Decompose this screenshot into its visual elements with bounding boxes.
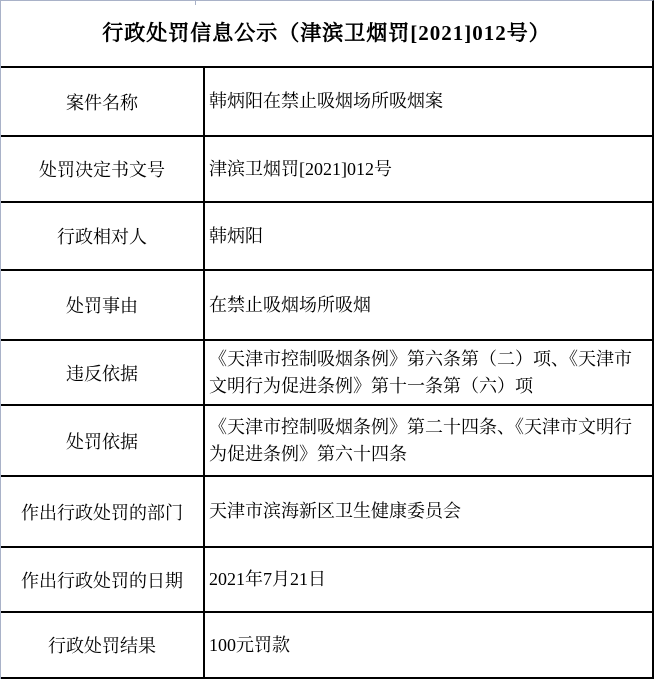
row-value: 《天津市控制吸烟条例》第六条第（二）项、《天津市文明行为促进条例》第十一条第（六… <box>205 341 652 404</box>
row-label: 行政相对人 <box>1 203 205 269</box>
table-row-penalty-reason: 处罚事由 在禁止吸烟场所吸烟 <box>1 271 652 341</box>
row-value: 《天津市控制吸烟条例》第二十四条、《天津市文明行为促进条例》第六十四条 <box>205 406 652 475</box>
row-label: 作出行政处罚的部门 <box>1 477 205 546</box>
gridline-tick <box>195 1 196 5</box>
penalty-notice-table: 行政处罚信息公示（津滨卫烟罚[2021]012号） 案件名称 韩炳阳在禁止吸烟场… <box>0 0 654 679</box>
table-row-case-name: 案件名称 韩炳阳在禁止吸烟场所吸烟案 <box>1 68 652 137</box>
table-row-penalty-result: 行政处罚结果 100元罚款 <box>1 613 652 679</box>
row-label: 处罚事由 <box>1 271 205 339</box>
row-label: 处罚决定书文号 <box>1 137 205 201</box>
row-value: 天津市滨海新区卫生健康委员会 <box>205 477 652 546</box>
row-value: 2021年7月21日 <box>205 548 652 611</box>
row-label: 作出行政处罚的日期 <box>1 548 205 611</box>
row-value: 津滨卫烟罚[2021]012号 <box>205 137 652 201</box>
row-label: 处罚依据 <box>1 406 205 475</box>
table-row-penalty-date: 作出行政处罚的日期 2021年7月21日 <box>1 548 652 613</box>
table-row-decision-number: 处罚决定书文号 津滨卫烟罚[2021]012号 <box>1 137 652 203</box>
table-title-row: 行政处罚信息公示（津滨卫烟罚[2021]012号） <box>1 1 652 68</box>
row-value: 100元罚款 <box>205 613 652 677</box>
row-label: 案件名称 <box>1 68 205 135</box>
table-row-penalty-basis: 处罚依据 《天津市控制吸烟条例》第二十四条、《天津市文明行为促进条例》第六十四条 <box>1 406 652 477</box>
row-label: 行政处罚结果 <box>1 613 205 677</box>
table-row-counterpart: 行政相对人 韩炳阳 <box>1 203 652 271</box>
row-value: 韩炳阳 <box>205 203 652 269</box>
page-title: 行政处罚信息公示（津滨卫烟罚[2021]012号） <box>102 21 551 46</box>
table-row-penalty-department: 作出行政处罚的部门 天津市滨海新区卫生健康委员会 <box>1 477 652 548</box>
table-row-violation-basis: 违反依据 《天津市控制吸烟条例》第六条第（二）项、《天津市文明行为促进条例》第十… <box>1 341 652 406</box>
row-label: 违反依据 <box>1 341 205 404</box>
row-value: 韩炳阳在禁止吸烟场所吸烟案 <box>205 68 652 135</box>
row-value: 在禁止吸烟场所吸烟 <box>205 271 652 339</box>
